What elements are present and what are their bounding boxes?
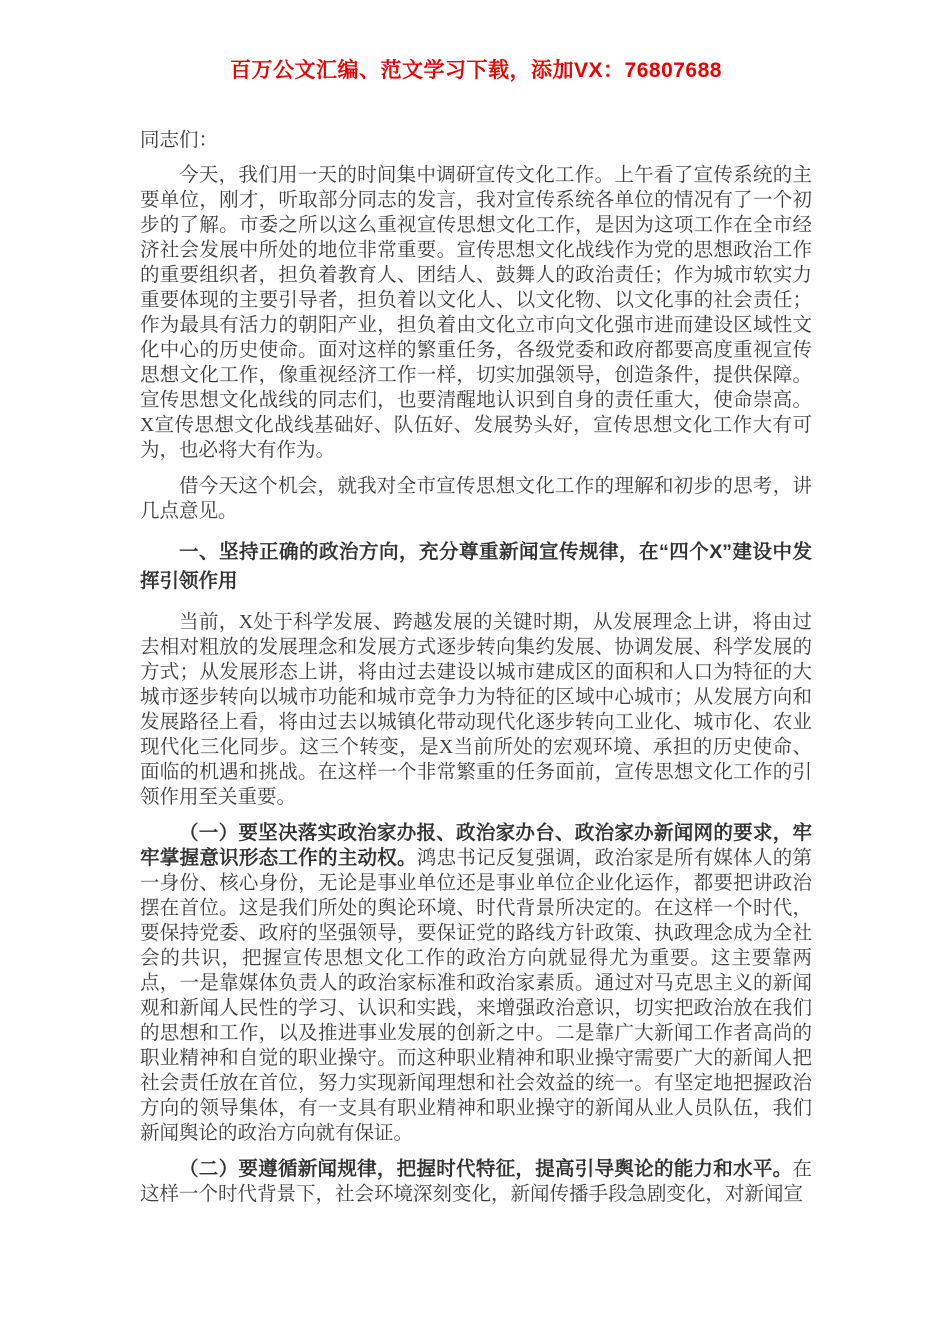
document-page: 百万公文汇编、范文学习下载，添加VX：76807688 同志们： 今天，我们用一… bbox=[0, 0, 950, 1344]
transition-paragraph: 借今天这个机会，就我对全市宣传思想文化工作的理解和初步的思考，讲几点意见。 bbox=[140, 474, 812, 524]
section-1-heading: 一、坚持正确的政治方向，充分尊重新闻宣传规律，在“四个X”建设中发挥引领作用 bbox=[140, 538, 812, 596]
subsection-1-paragraph: （一）要坚决落实政治家办报、政治家办台、政治家办新闻网的要求，牢牢掌握意识形态工… bbox=[140, 821, 812, 1146]
subsection-1-body: 鸿忠书记反复强调，政治家是所有媒体人的第一身份、核心身份，无论是事业单位还是事业… bbox=[140, 848, 812, 1144]
salutation: 同志们： bbox=[140, 128, 812, 153]
subsection-2-lead: （二）要遵循新闻规律，把握时代特征，提高引导舆论的能力和水平。 bbox=[179, 1158, 792, 1180]
subsection-2-paragraph: （二）要遵循新闻规律，把握时代特征，提高引导舆论的能力和水平。在这样一个时代背景… bbox=[140, 1157, 812, 1207]
intro-paragraph: 今天，我们用一天的时间集中调研宣传文化工作。上午看了宣传系统的主要单位，刚才，听… bbox=[140, 163, 812, 463]
promo-header-text: 百万公文汇编、范文学习下载，添加VX：76807688 bbox=[140, 58, 812, 84]
section-1-paragraph: 当前，X处于科学发展、跨越发展的关键时期，从发展理念上讲，将由过去相对粗放的发展… bbox=[140, 610, 812, 810]
